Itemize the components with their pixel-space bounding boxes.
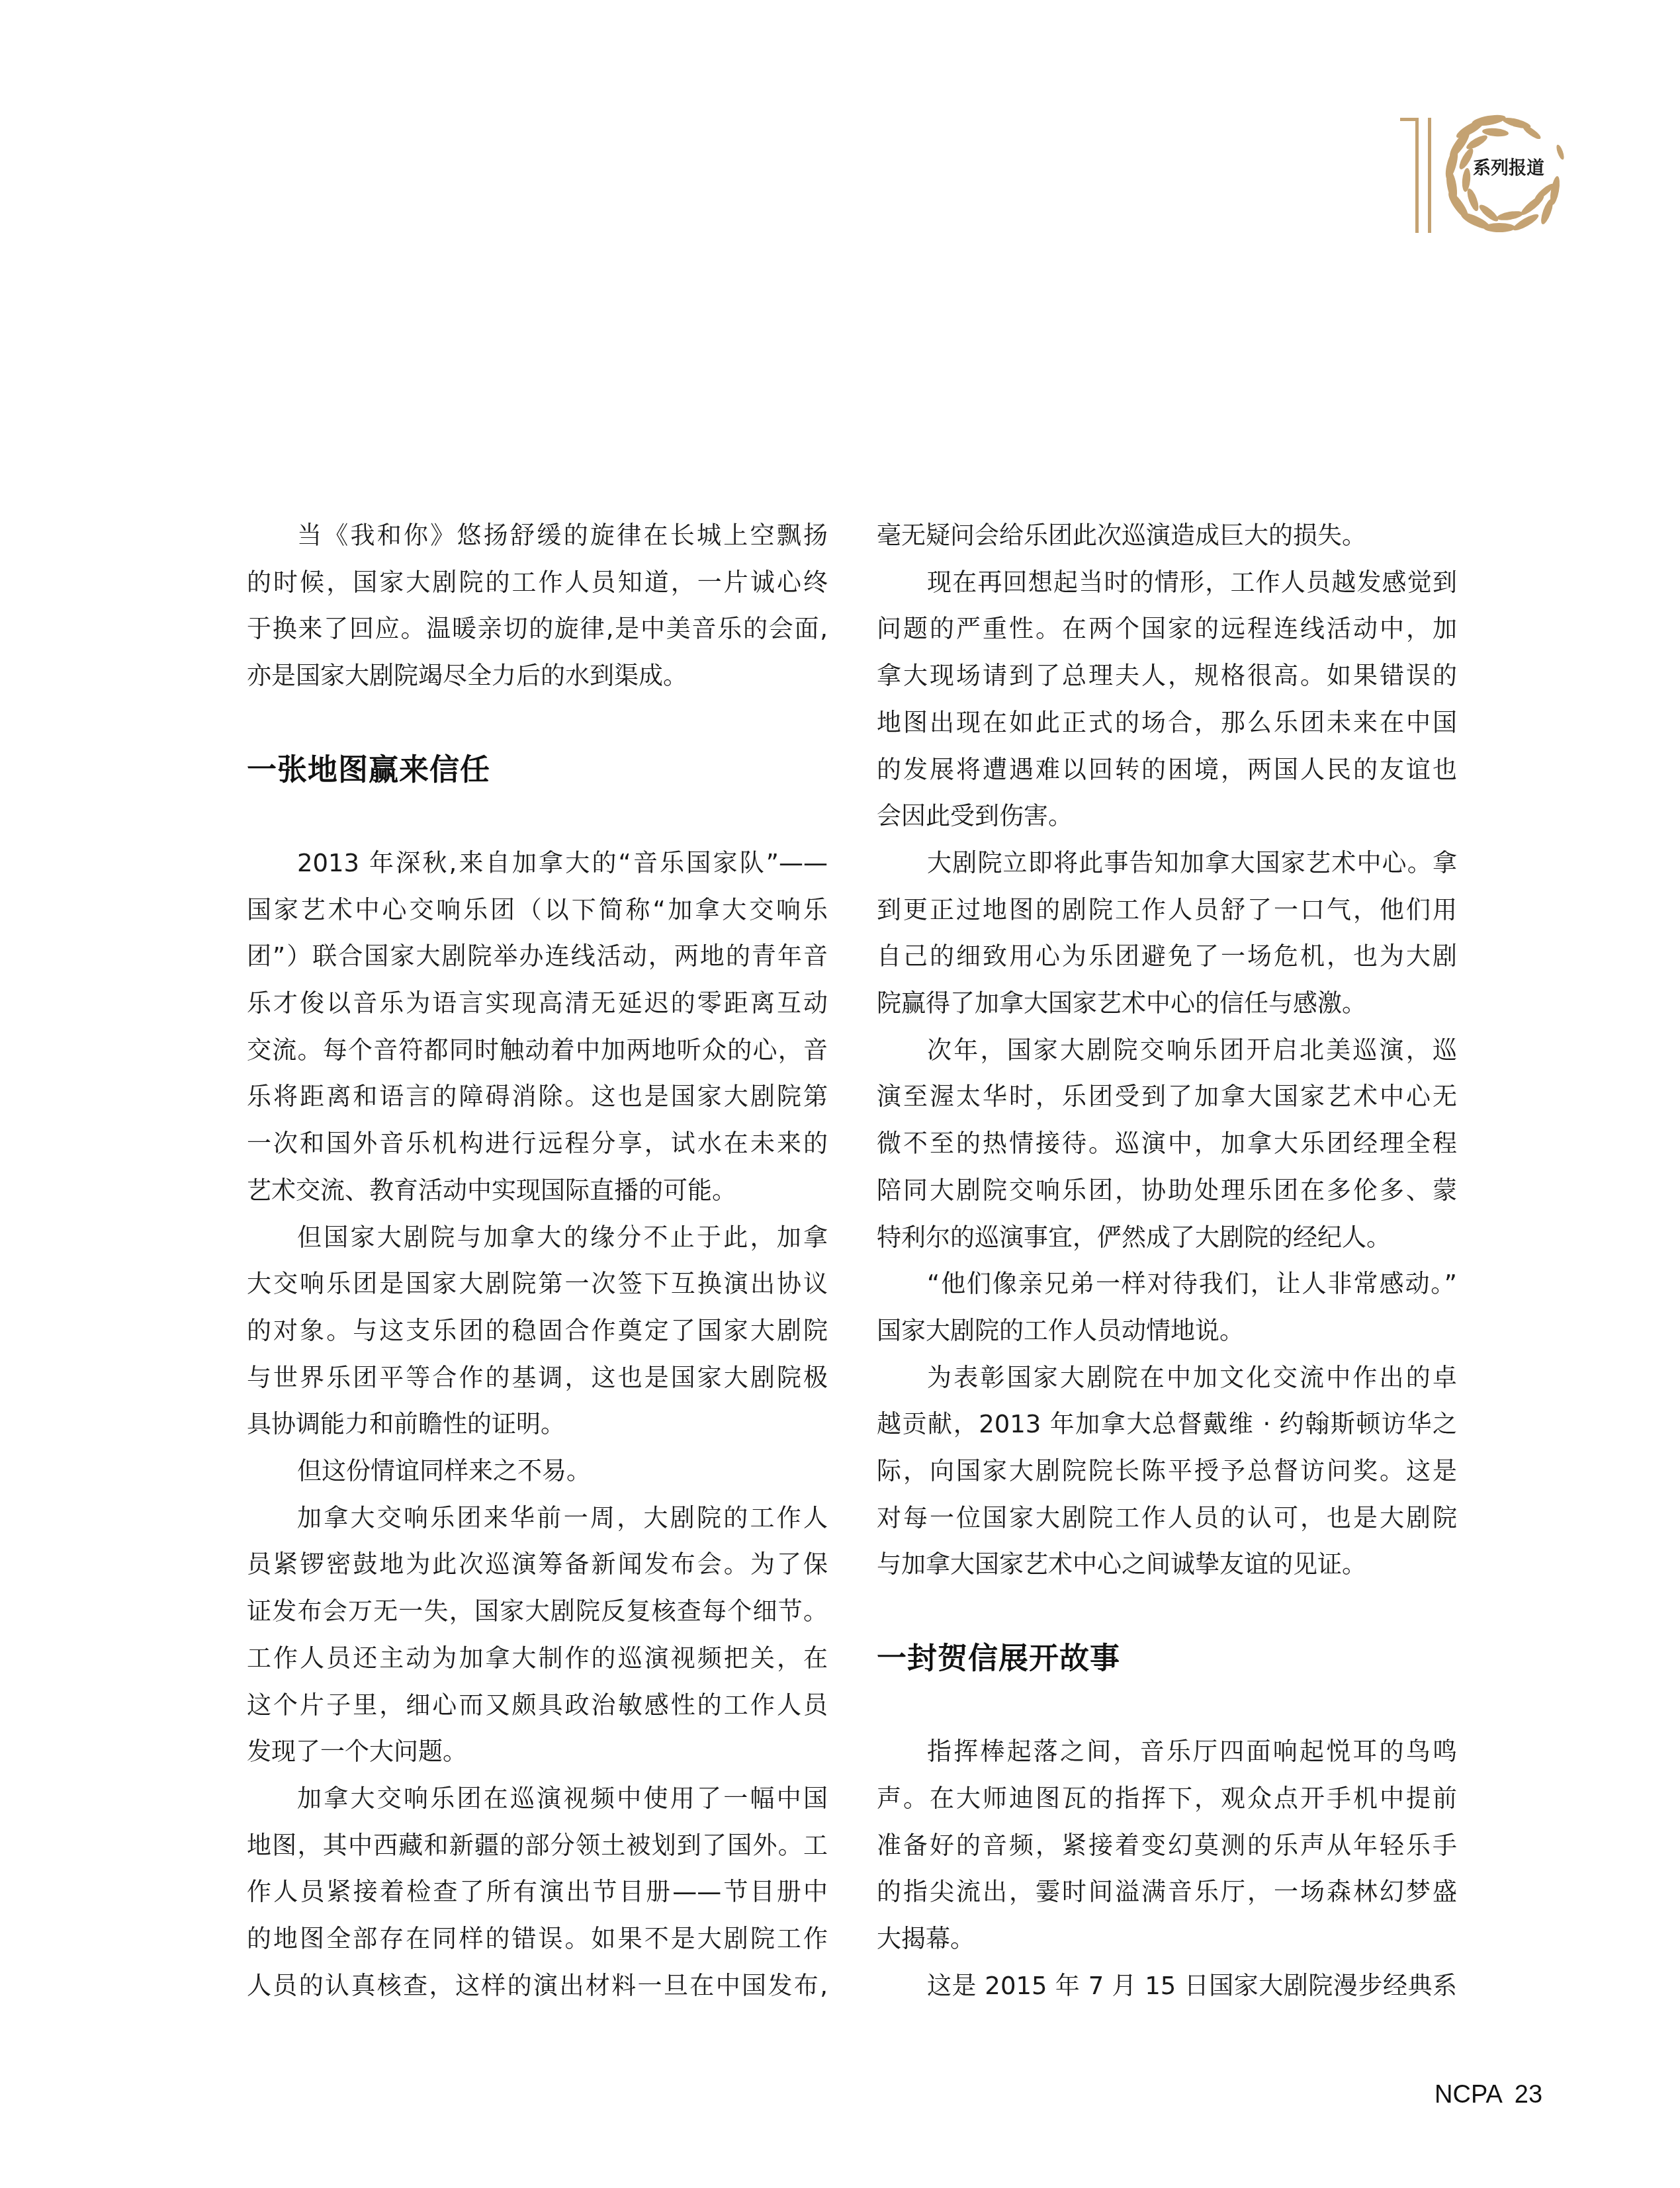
paragraph-line: 团”）联合国家大剧院举办连线活动，两地的青年音 (247, 942, 828, 971)
paragraph-line: 声。在大师迪图瓦的指挥下，观众点开手机中提前 (877, 1784, 1457, 1814)
paragraph-line: 大交响乐团是国家大剧院第一次签下互换演出协议 (247, 1270, 828, 1299)
paragraph-line: 准备好的音频，紧接着变幻莫测的乐声从年轻乐手 (877, 1831, 1457, 1860)
paragraph-line: 一次和国外音乐机构进行远程分享，试水在未来的 (247, 1129, 828, 1159)
section-heading: 一封贺信展开故事 (877, 1641, 1120, 1676)
paragraph-line: 这是 2015 年 7 月 15 日国家大剧院漫步经典系 (877, 1972, 1457, 2001)
paragraph-line: 加拿大交响乐团来华前一周，大剧院的工作人 (247, 1504, 828, 1533)
paragraph-line: 大揭幕。 (877, 1925, 1457, 1954)
paragraph-line: 对每一位国家大剧院工作人员的认可，也是大剧院 (877, 1504, 1457, 1533)
page-number: 23 (1515, 2081, 1542, 2109)
paragraph-line: 这个片子里，细心而又颇具政治敏感性的工作人员 (247, 1691, 828, 1720)
section-heading: 一张地图赢来信任 (247, 753, 490, 787)
paragraph-line: 陪同大剧院交响乐团，协助处理乐团在多伦多、蒙 (877, 1176, 1457, 1205)
paragraph-line: 微不至的热情接待。巡演中，加拿大乐团经理全程 (877, 1129, 1457, 1159)
paragraph-line: “他们像亲兄弟一样对待我们，让人非常感动。” (877, 1270, 1457, 1299)
publication-name: NCPA (1435, 2081, 1503, 2109)
paragraph-line: 毫无疑问会给乐团此次巡演造成巨大的损失。 (877, 521, 1457, 550)
paragraph-line: 大剧院立即将此事告知加拿大国家艺术中心。拿 (877, 849, 1457, 878)
paragraph-line: 艺术交流、教育活动中实现国际直播的可能。 (247, 1176, 828, 1205)
paragraph-line: 作人员紧接着检查了所有演出节目册——节目册中 (247, 1878, 828, 1907)
paragraph-line: 的地图全部存在同样的错误。如果不是大剧院工作 (247, 1925, 828, 1954)
paragraph-line: 到更正过地图的剧院工作人员舒了一口气，他们用 (877, 896, 1457, 925)
paragraph-line: 为表彰国家大剧院在中加文化交流中作出的卓 (877, 1364, 1457, 1393)
paragraph-line: 亦是国家大剧院竭尽全力后的水到渠成。 (247, 662, 828, 691)
paragraph-line: 越贡献，2013 年加拿大总督戴维 · 约翰斯顿访华之 (877, 1410, 1457, 1439)
paragraph-line: 地图，其中西藏和新疆的部分领土被划到了国外。工 (247, 1831, 828, 1860)
paragraph-line: 交流。每个音符都同时触动着中加两地听众的心，音 (247, 1036, 828, 1065)
paragraph-line: 但国家大剧院与加拿大的缘分不止于此，加拿 (247, 1223, 828, 1252)
paragraph-line: 次年，国家大剧院交响乐团开启北美巡演，巡 (877, 1036, 1457, 1065)
paragraph-line: 与世界乐团平等合作的基调，这也是国家大剧院极 (247, 1364, 828, 1393)
paragraph-line: 的对象。与这支乐团的稳固合作奠定了国家大剧院 (247, 1317, 828, 1346)
paragraph-line: 地图出现在如此正式的场合，那么乐团未来在中国 (877, 709, 1457, 738)
paragraph-line: 员紧锣密鼓地为此次巡演筹备新闻发布会。为了保 (247, 1550, 828, 1579)
paragraph-line: 与加拿大国家艺术中心之间诚挚友谊的见证。 (877, 1550, 1457, 1579)
paragraph-line: 会因此受到伤害。 (877, 802, 1457, 831)
paragraph-line: 际，向国家大剧院院长陈平授予总督访问奖。这是 (877, 1457, 1457, 1486)
paragraph-line: 指挥棒起落之间，音乐厅四面响起悦耳的鸟鸣 (877, 1737, 1457, 1767)
paragraph-line: 拿大现场请到了总理夫人，规格很高。如果错误的 (877, 662, 1457, 691)
paragraph-line: 乐才俊以音乐为语言实现高清无延迟的零距离互动 (247, 989, 828, 1018)
paragraph-line: 发现了一个大问题。 (247, 1737, 828, 1767)
paragraph-line: 院赢得了加拿大国家艺术中心的信任与感激。 (877, 989, 1457, 1018)
paragraph-line: 国家大剧院的工作人员动情地说。 (877, 1317, 1457, 1346)
paragraph-line: 国家艺术中心交响乐团（以下简称“加拿大交响乐 (247, 896, 828, 925)
paragraph-line: 乐将距离和语言的障碍消除。这也是国家大剧院第 (247, 1082, 828, 1112)
paragraph-line: 人员的认真核查，这样的演出材料一旦在中国发布, (247, 1972, 828, 2001)
paragraph-line: 现在再回想起当时的情形，工作人员越发感觉到 (877, 568, 1457, 597)
paragraph-line: 演至渥太华时，乐团受到了加拿大国家艺术中心无 (877, 1082, 1457, 1112)
paragraph-line: 具协调能力和前瞻性的证明。 (247, 1410, 828, 1439)
paragraph-line: 工作人员还主动为加拿大制作的巡演视频把关，在 (247, 1644, 828, 1673)
paragraph-line: 自己的细致用心为乐团避免了一场危机，也为大剧 (877, 942, 1457, 971)
paragraph-line: 但这份情谊同样来之不易。 (247, 1457, 828, 1486)
paragraph-line: 的时候，国家大剧院的工作人员知道，一片诚心终 (247, 568, 828, 597)
paragraph-line: 的指尖流出，霎时间溢满音乐厅，一场森林幻梦盛 (877, 1878, 1457, 1907)
paragraph-line: 加拿大交响乐团在巡演视频中使用了一幅中国 (247, 1784, 828, 1814)
paragraph-line: 问题的严重性。在两个国家的远程连线活动中，加 (877, 615, 1457, 644)
paragraph-line: 于换来了回应。温暖亲切的旋律,是中美音乐的会面, (247, 615, 828, 644)
series-report-label: 系列报道 (1473, 153, 1544, 179)
paragraph-line: 的发展将遭遇难以回转的困境，两国人民的友谊也 (877, 756, 1457, 785)
paragraph-line: 特利尔的巡演事宜，俨然成了大剧院的经纪人。 (877, 1223, 1457, 1252)
page-footer: NCPA23 (1435, 2081, 1542, 2109)
paragraph-line: 证发布会万无一失，国家大剧院反复核查每个细节。 (247, 1597, 828, 1626)
paragraph-line: 当《我和你》悠扬舒缓的旋律在长城上空飘扬 (247, 521, 828, 550)
paragraph-line: 2013 年深秋,来自加拿大的“音乐国家队”—— (247, 849, 828, 878)
